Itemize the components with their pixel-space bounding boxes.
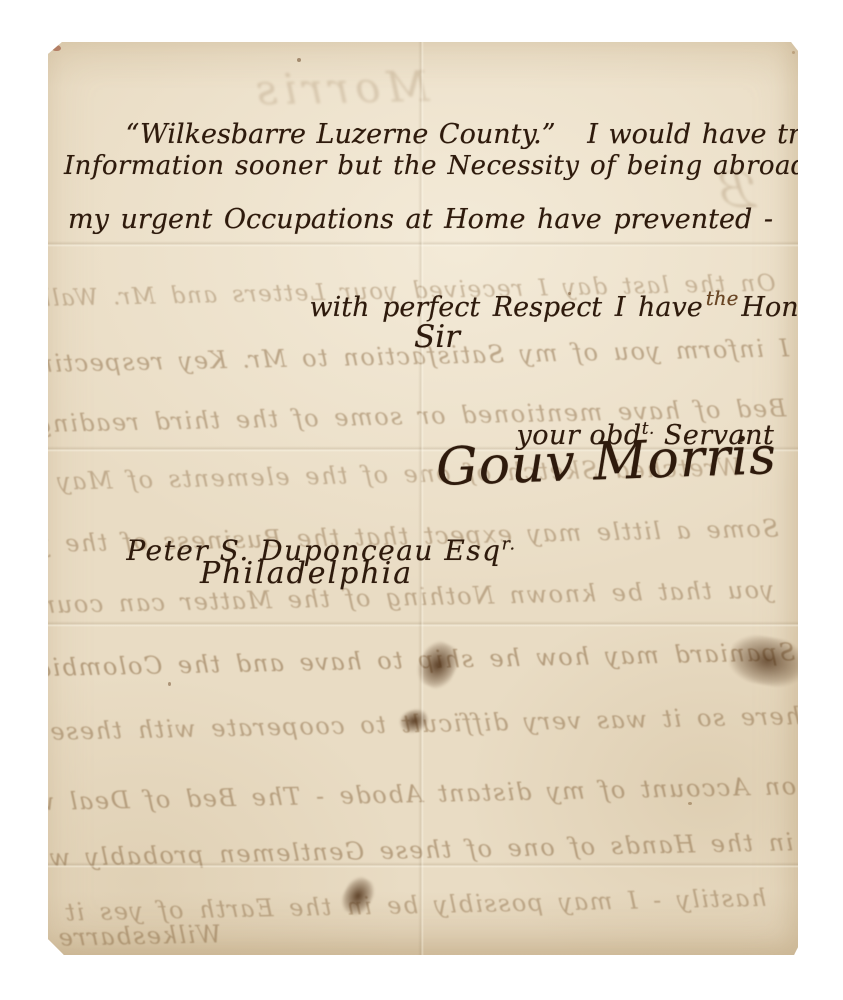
scanned-letter-photo: Morris ℬ Wilkesbarre On the last day I r… bbox=[0, 0, 843, 1000]
closing-post: Honor to be bbox=[741, 292, 843, 323]
line1-text: “Wilkesbarre Luzerne County.” I would ha… bbox=[126, 119, 843, 150]
bleedthrough-line: on Account of my distant Abode - The Bed… bbox=[0, 772, 796, 818]
inserted-word-the: the bbox=[706, 286, 739, 310]
paper-speck bbox=[792, 51, 795, 54]
ink-blot bbox=[337, 873, 380, 920]
bleedthrough-line: Spaniard may how he ship to have and the… bbox=[0, 638, 796, 684]
letter-paper-sheet: Morris ℬ Wilkesbarre On the last day I r… bbox=[48, 42, 798, 955]
recipient-city-line: Philadelphia bbox=[200, 556, 413, 591]
paper-speck bbox=[168, 682, 171, 686]
closing-pre: with perfect Respect I have bbox=[310, 292, 703, 323]
paper-speck bbox=[688, 802, 692, 805]
paper-speck bbox=[52, 45, 61, 51]
ink-blot bbox=[726, 631, 807, 691]
bleedthrough-line: hastily - I may possibly be in the Earth… bbox=[64, 884, 767, 927]
paper-speck bbox=[297, 58, 301, 62]
letter-body-line-2: Information sooner but the Necessity of … bbox=[64, 151, 843, 181]
closing-respect-line: with perfect Respect I havetheHonor to b… bbox=[234, 261, 843, 354]
recipient-name-superscript: r. bbox=[502, 535, 517, 555]
signature-gouverneur-morris: Gouv Morris bbox=[435, 426, 778, 498]
ink-blot bbox=[397, 706, 430, 736]
bleedthrough-word-wilkesbarre: Wilkesbarre bbox=[57, 920, 222, 951]
letter-body-line-3: my urgent Occupations at Home have preve… bbox=[68, 204, 773, 235]
salutation-sir: Sir bbox=[414, 319, 460, 355]
